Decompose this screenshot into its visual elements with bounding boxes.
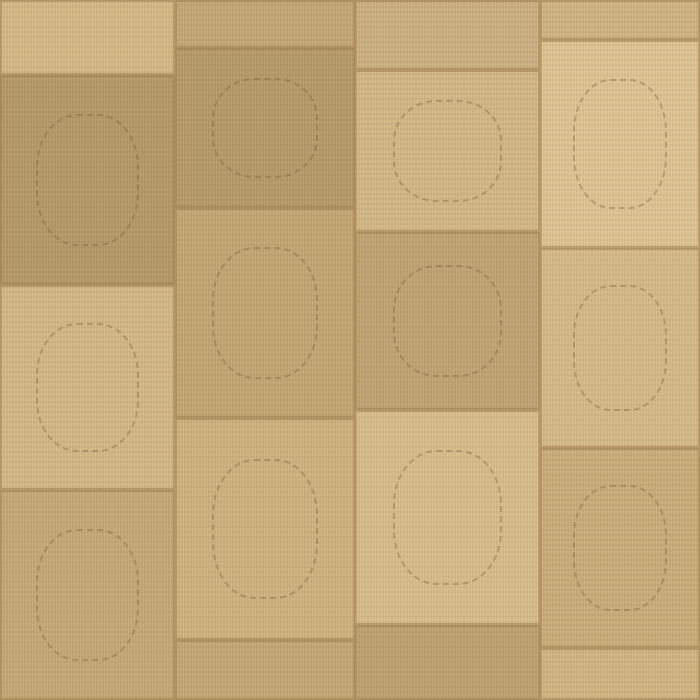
faded-motif xyxy=(393,450,502,585)
rug-patch xyxy=(175,208,355,418)
rug-patch xyxy=(355,410,540,625)
rug-patch xyxy=(355,625,540,700)
rug-patch xyxy=(0,285,175,490)
rug-patch xyxy=(0,490,175,700)
rug-patch xyxy=(540,40,700,248)
rug-patch xyxy=(355,70,540,232)
faded-motif xyxy=(36,529,139,661)
rug-patch xyxy=(540,648,700,700)
faded-motif xyxy=(212,247,318,379)
faded-motif xyxy=(573,79,667,210)
rug-patch xyxy=(175,0,355,48)
faded-motif xyxy=(573,485,667,610)
faded-motif xyxy=(393,100,502,201)
patchwork-rug-image xyxy=(0,0,700,700)
rug-patch xyxy=(175,48,355,208)
rug-patch xyxy=(355,0,540,70)
rug-patch xyxy=(540,448,700,648)
faded-motif xyxy=(212,78,318,178)
rug-patch xyxy=(355,232,540,410)
faded-motif xyxy=(393,265,502,376)
faded-motif xyxy=(36,323,139,452)
rug-patch xyxy=(540,0,700,40)
rug-patch xyxy=(175,418,355,640)
faded-motif xyxy=(212,459,318,599)
rug-patch xyxy=(540,248,700,448)
rug-patch xyxy=(0,75,175,285)
faded-motif xyxy=(573,285,667,410)
rug-patch xyxy=(175,640,355,700)
faded-motif xyxy=(36,114,139,246)
rug-patch xyxy=(0,0,175,75)
